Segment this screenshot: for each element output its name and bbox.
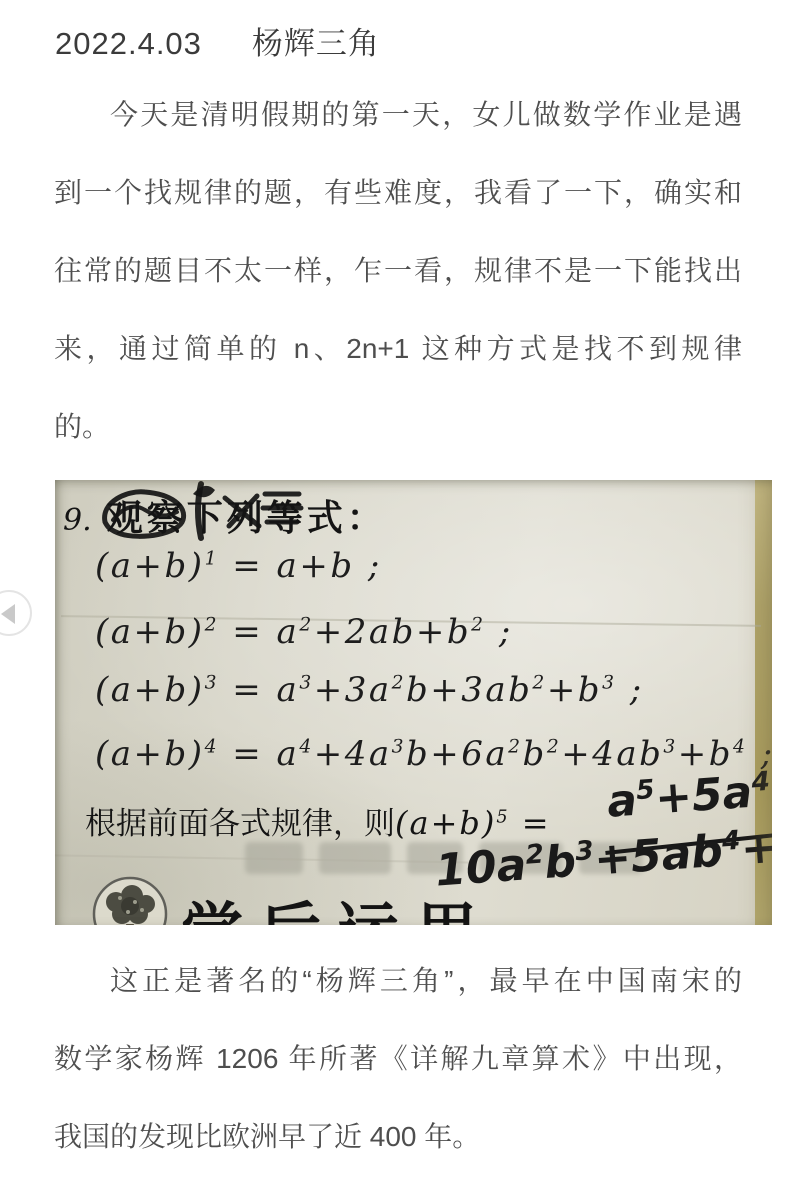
text-line: 这正是著名的“杨辉三角”，最早在中国南宋的 bbox=[54, 942, 742, 1020]
paragraph-intro: 今天是清明假期的第一天，女儿做数学作业是遇 到一个找规律的题，有些难度，我看了一… bbox=[54, 76, 742, 466]
problem-heading: 观察下列等式： bbox=[107, 497, 387, 539]
paragraph-history: 这正是著名的“杨辉三角”，最早在中国南宋的 数学家杨辉 1206 年所著《详解九… bbox=[54, 942, 742, 1176]
text-line: 往常的题目不太一样，乍一看，规律不是一下能找出 bbox=[54, 232, 742, 310]
text-line: 我国的发现比欧洲早了近 400 年。 bbox=[54, 1098, 742, 1176]
tree-illustration-icon bbox=[90, 872, 170, 925]
text-line: 数学家杨辉 1206 年所著《详解九章算术》中出现， bbox=[54, 1020, 742, 1098]
text-line: 来，通过简单的 n、2n+1 这种方式是找不到规律 bbox=[54, 310, 742, 388]
conclusion-math: (a+b)5 = bbox=[395, 804, 551, 842]
binomial-formula-4: (a+b)4 = a4+4a3b+6a2b2+4ab3+b4 ; bbox=[95, 734, 772, 774]
binomial-formula-3: (a+b)3 = a3+3a2b+3ab2+b3 ; bbox=[95, 670, 644, 710]
text-line: 的。 bbox=[54, 388, 742, 466]
post-date: 2022.4.03 bbox=[55, 26, 202, 61]
problem-heading-row: 9. 观察下列等式： bbox=[63, 490, 387, 541]
post-title: 杨辉三角 bbox=[252, 26, 380, 61]
text-line: 到一个找规律的题，有些难度，我看了一下，确实和 bbox=[54, 154, 742, 232]
problem-number: 9. bbox=[63, 503, 92, 538]
binomial-formula-2: (a+b)2 = a2+2ab+b2 ; bbox=[95, 612, 513, 652]
text-line: 今天是清明假期的第一天，女儿做数学作业是遇 bbox=[54, 76, 742, 154]
conclusion-row: 根据前面各式规律，则(a+b)5 = bbox=[85, 798, 551, 843]
carousel-prev-button[interactable] bbox=[0, 590, 32, 636]
binomial-formula-1: (a+b)1 = a+b ; bbox=[95, 546, 382, 586]
article-page: 2022.4.03杨辉三角 今天是清明假期的第一天，女儿做数学作业是遇 到一个找… bbox=[0, 0, 791, 1200]
conclusion-text: 根据前面各式规律，则 bbox=[85, 806, 395, 842]
chevron-left-icon bbox=[1, 604, 15, 624]
page-title: 2022.4.03杨辉三角 bbox=[55, 24, 380, 64]
math-problem-photo[interactable]: 9. 观察下列等式： (a+b)1 = a+b ; (a+b)2 = a2+2a… bbox=[55, 480, 772, 925]
section-footer-title: 学后运用 bbox=[181, 882, 493, 925]
